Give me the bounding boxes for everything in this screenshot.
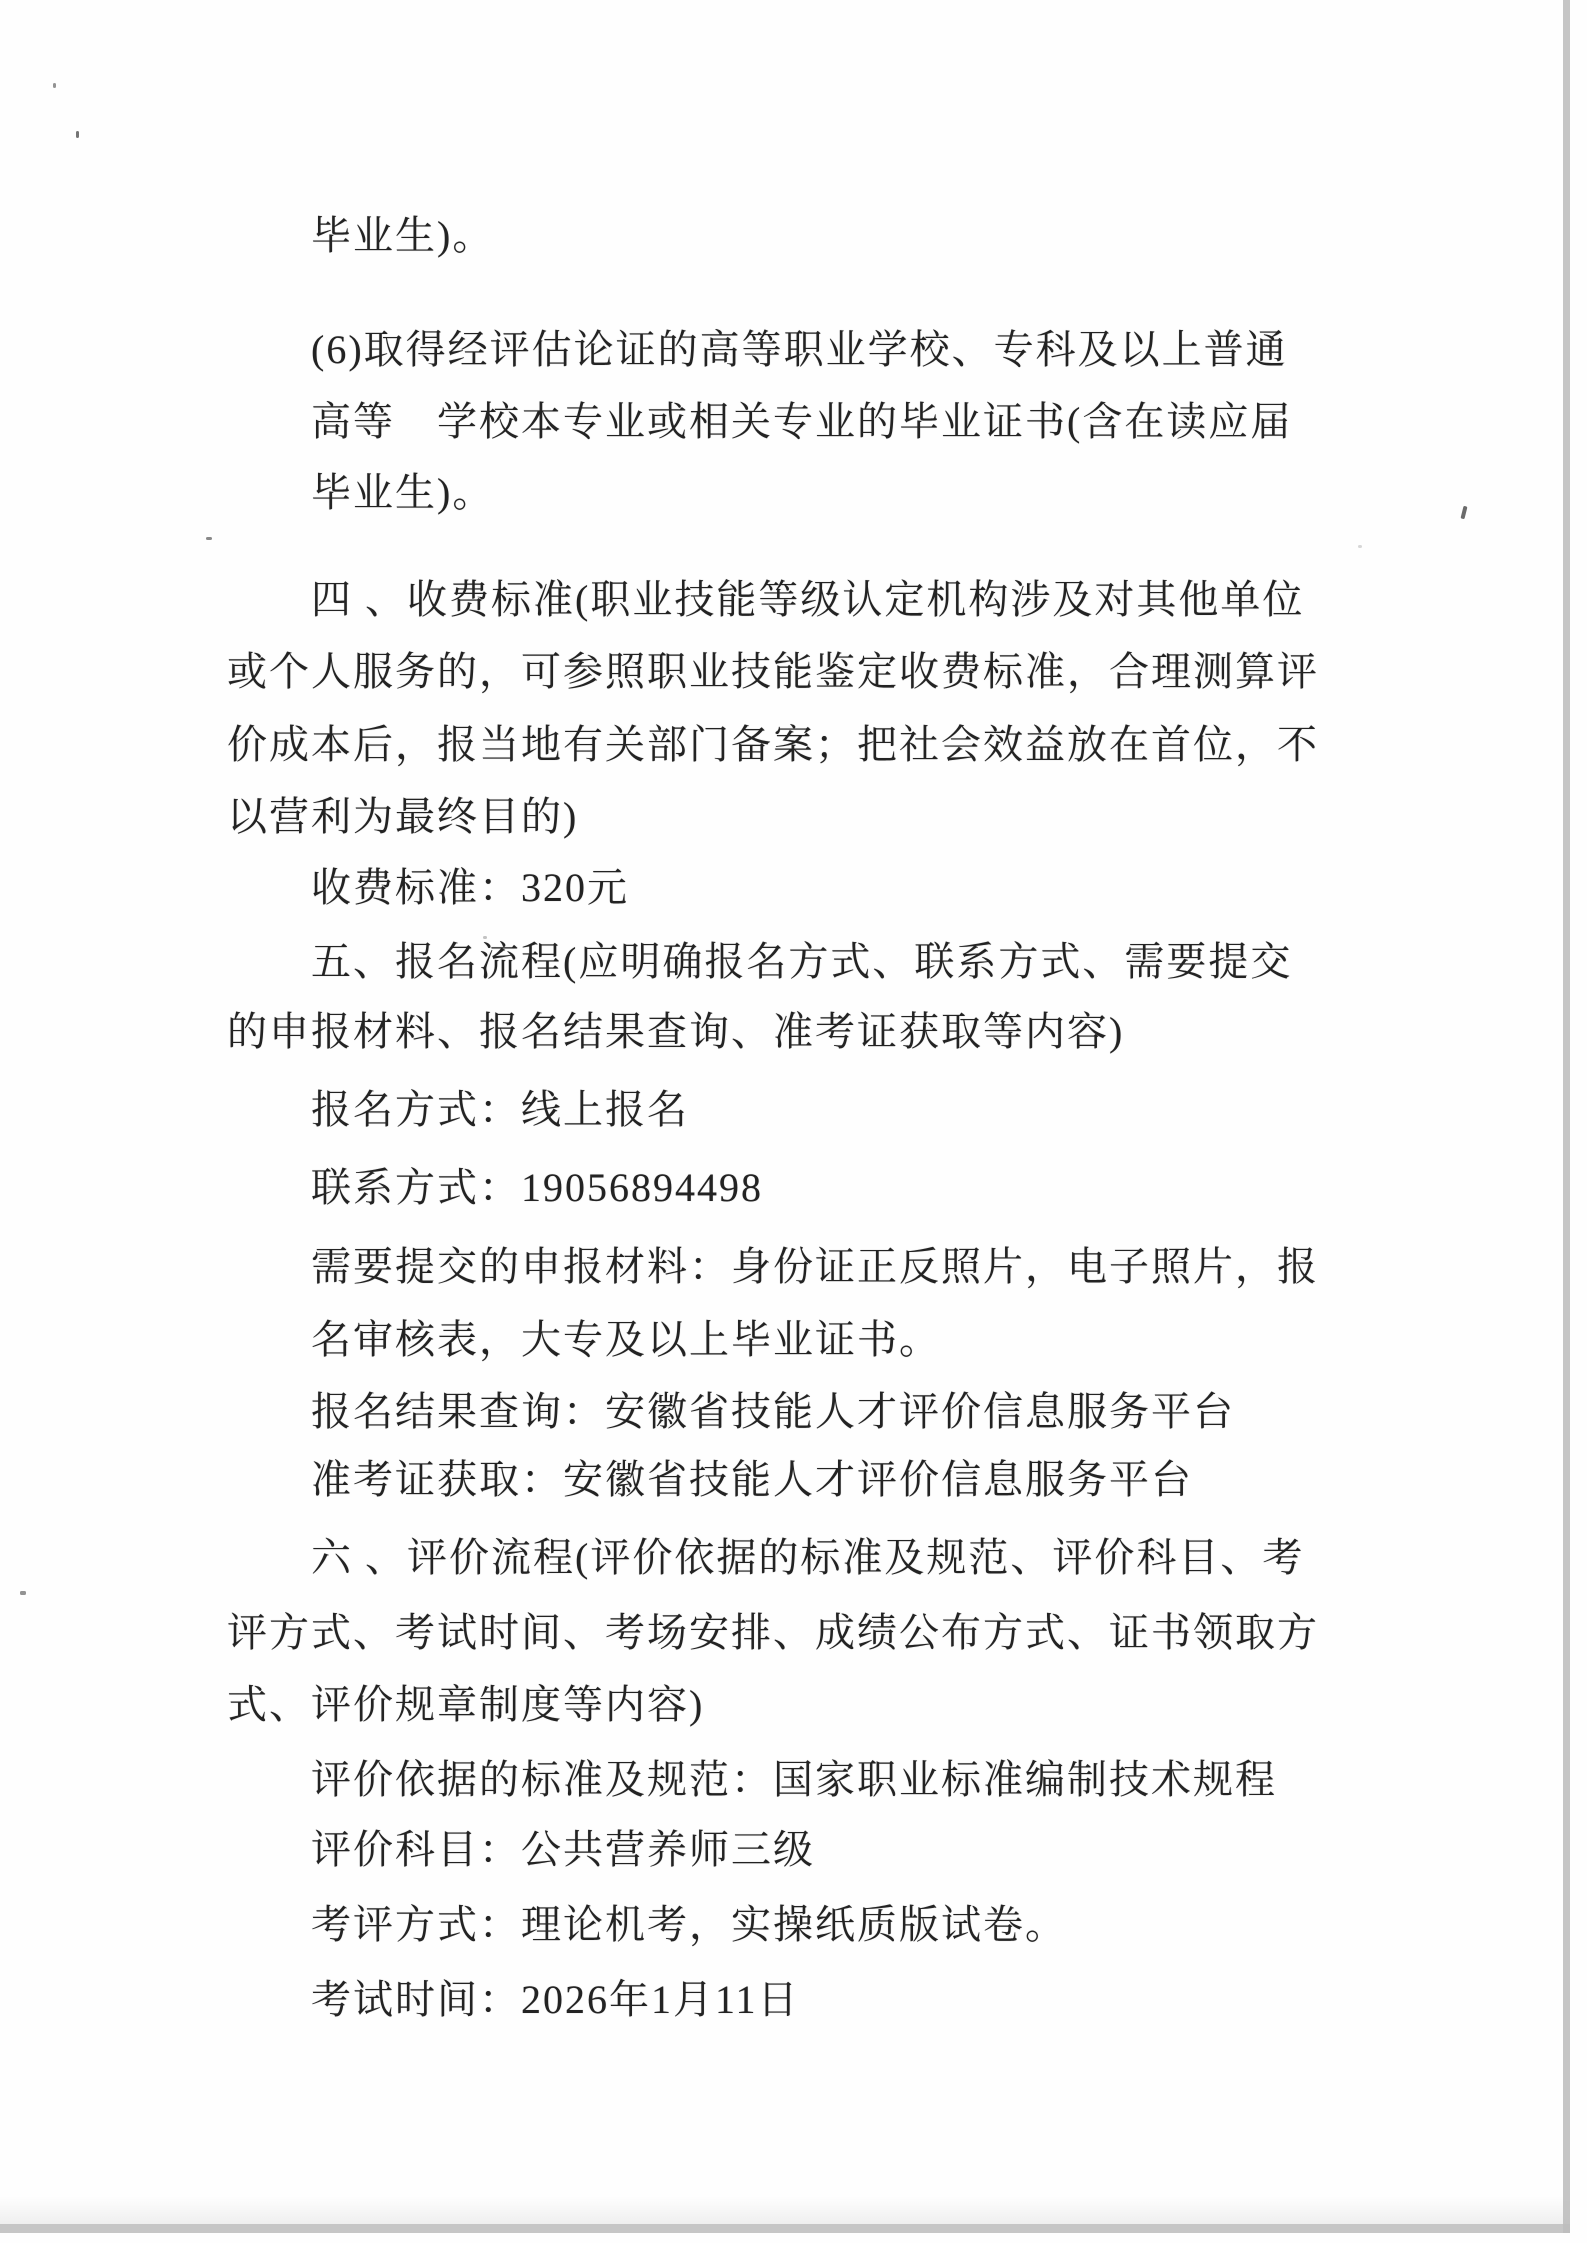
page-bottom-edge-shadow <box>0 2224 1570 2233</box>
scan-speck <box>53 83 56 88</box>
page-right-edge-shadow <box>1563 0 1570 2233</box>
text-line-registration-method: 报名方式：线上报名 <box>311 1087 689 1133</box>
text-line-exam-method: 考评方式：理论机考，实操纸质版试卷。 <box>311 1902 1067 1948</box>
text-line: 评方式、考试时间、考场安排、成绩公布方式、证书领取方 <box>227 1610 1319 1656</box>
text-line-section-4-fee: 四 、收费标准(职业技能等级认定机构涉及对其他单位 <box>311 577 1304 623</box>
text-line: 毕业生)。 <box>311 470 494 516</box>
scan-speck <box>483 936 487 939</box>
text-line: 或个人服务的，可参照职业技能鉴定收费标准，合理测算评 <box>227 649 1319 695</box>
text-line-contact-number: 联系方式：19056894498 <box>311 1165 763 1211</box>
scan-speck <box>76 131 79 138</box>
text-line: (6)取得经评估论证的高等职业学校、专科及以上普通 <box>311 327 1288 373</box>
text-line-admission-ticket: 准考证获取：安徽省技能人才评价信息服务平台 <box>311 1457 1193 1503</box>
scanned-document-page: 毕业生)。 (6)取得经评估论证的高等职业学校、专科及以上普通 高等 学校本专业… <box>0 0 1587 2243</box>
text-line: 高等 学校本专业或相关专业的毕业证书(含在读应届 <box>311 399 1292 445</box>
text-line-standard: 评价依据的标准及规范：国家职业标准编制技术规程 <box>311 1757 1277 1803</box>
text-line-fee-amount: 收费标准：320元 <box>311 865 629 911</box>
text-line-result-query: 报名结果查询：安徽省技能人才评价信息服务平台 <box>311 1389 1235 1435</box>
text-line-subject: 评价科目：公共营养师三级 <box>311 1827 815 1873</box>
scan-speck <box>206 537 212 540</box>
scan-speck <box>20 1591 26 1595</box>
scan-speck <box>1358 545 1362 548</box>
text-line: 的申报材料、报名结果查询、准考证获取等内容) <box>227 1009 1124 1055</box>
scan-speck <box>1460 506 1467 520</box>
text-line: 价成本后，报当地有关部门备案；把社会效益放在首位，不 <box>227 722 1319 768</box>
text-line-materials: 需要提交的申报材料：身份证正反照片，电子照片，报 <box>311 1244 1319 1290</box>
text-line-section-5-registration: 五、报名流程(应明确报名方式、联系方式、需要提交 <box>311 939 1292 985</box>
text-line: 毕业生)。 <box>311 213 494 259</box>
text-line: 名审核表，大专及以上毕业证书。 <box>311 1317 941 1363</box>
text-line: 式、评价规章制度等内容) <box>227 1682 704 1728</box>
page-bottom-shadow-fade <box>0 2196 1570 2224</box>
text-line-exam-date: 考试时间：2026年1月11日 <box>311 1977 800 2023</box>
text-line-section-6-evaluation: 六 、评价流程(评价依据的标准及规范、评价科目、考 <box>311 1535 1304 1581</box>
text-line: 以营利为最终目的) <box>227 794 578 840</box>
